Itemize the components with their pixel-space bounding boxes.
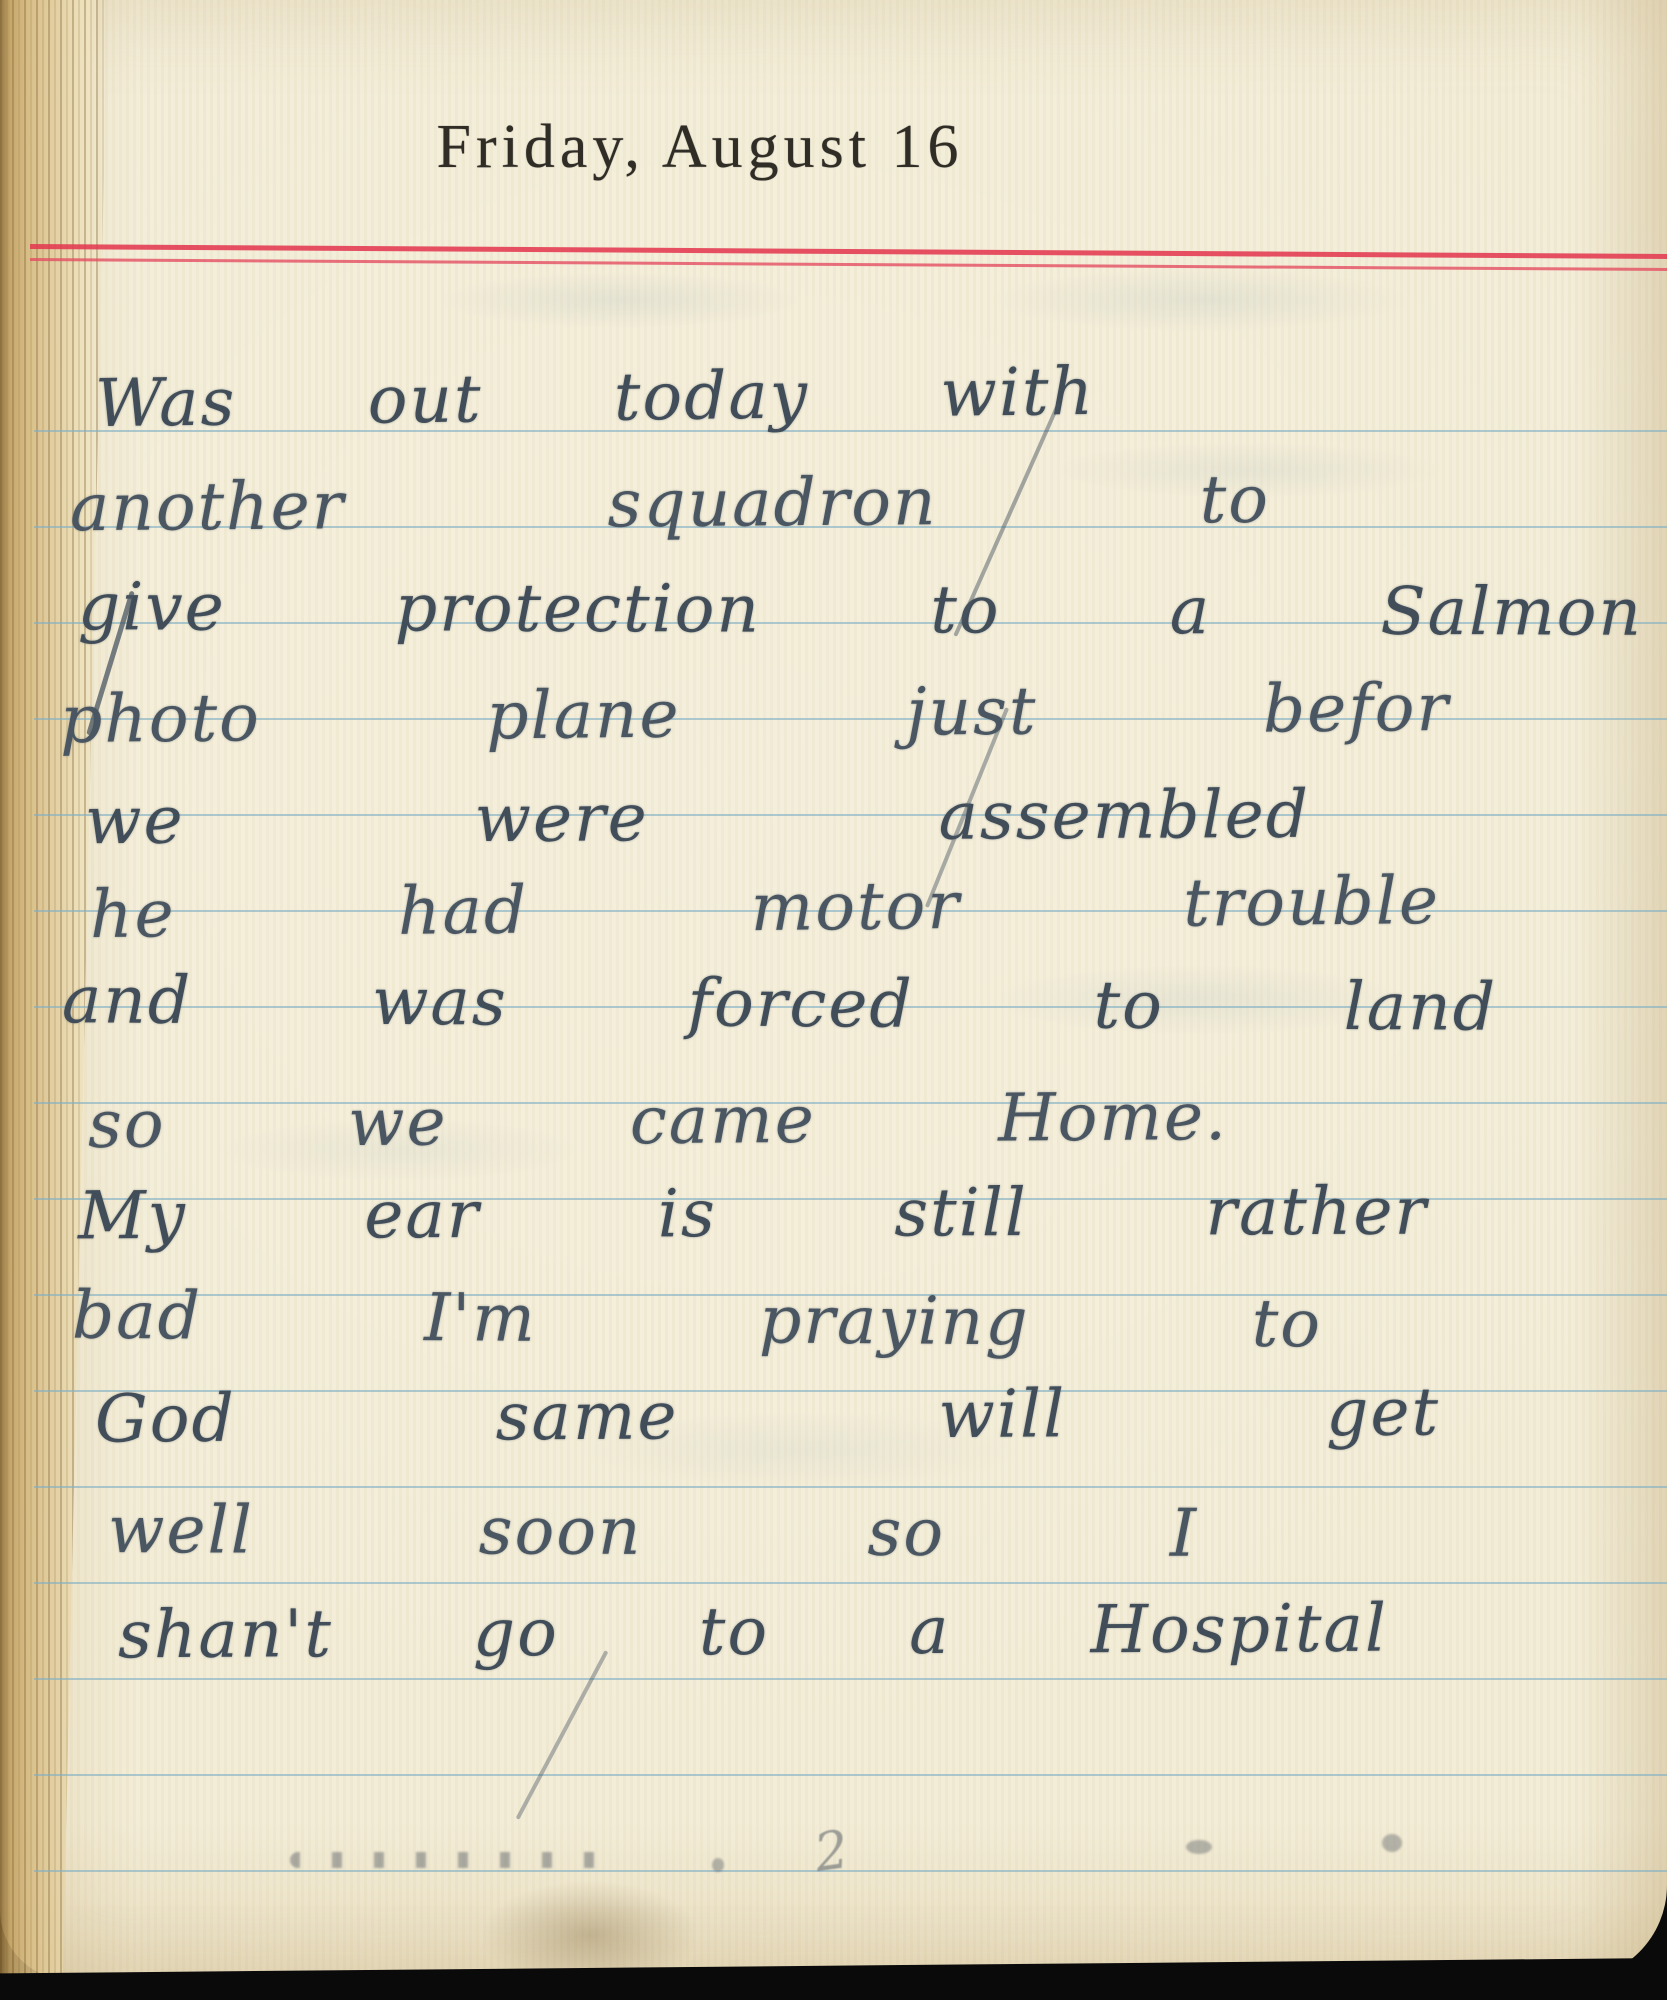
printed-date-heading: Friday, August 16 (0, 112, 1400, 183)
handwriting-line: bad I'm praying to (72, 1280, 1322, 1361)
handwriting-line: give protection to a Salmon (78, 571, 1643, 649)
handwriting-line: well soon so I (108, 1494, 1198, 1570)
pencil-smudge (1186, 1840, 1212, 1854)
pencil-smudge (1382, 1834, 1402, 1852)
pencil-smudge (712, 1858, 724, 1872)
handwriting-line: God same will get (95, 1376, 1440, 1456)
diary-page-scan: Friday, August 16 Was out today with ano… (0, 0, 1667, 2000)
handwriting-line: he had motor trouble (90, 865, 1441, 952)
red-rule-upper (30, 244, 1667, 259)
pencil-smudge-row (290, 1852, 620, 1868)
handwriting-line: My ear is still rather (78, 1176, 1428, 1253)
red-header-rule (30, 244, 1667, 271)
red-rule-lower (30, 258, 1667, 271)
handwriting-line: another squadron to (70, 464, 1270, 545)
handwriting-line: we were assembled (85, 779, 1310, 858)
handwriting-line: photo plane just befor (60, 672, 1451, 757)
paper-sheet: Friday, August 16 Was out today with ano… (0, 0, 1667, 1980)
handwriting-line: and was forced to land (62, 964, 1497, 1044)
handwriting-line: Was out today with (95, 356, 1096, 441)
handwriting-line: shan't go to a Hospital (118, 1593, 1388, 1672)
handwriting-line: so we came Home. (88, 1081, 1228, 1162)
